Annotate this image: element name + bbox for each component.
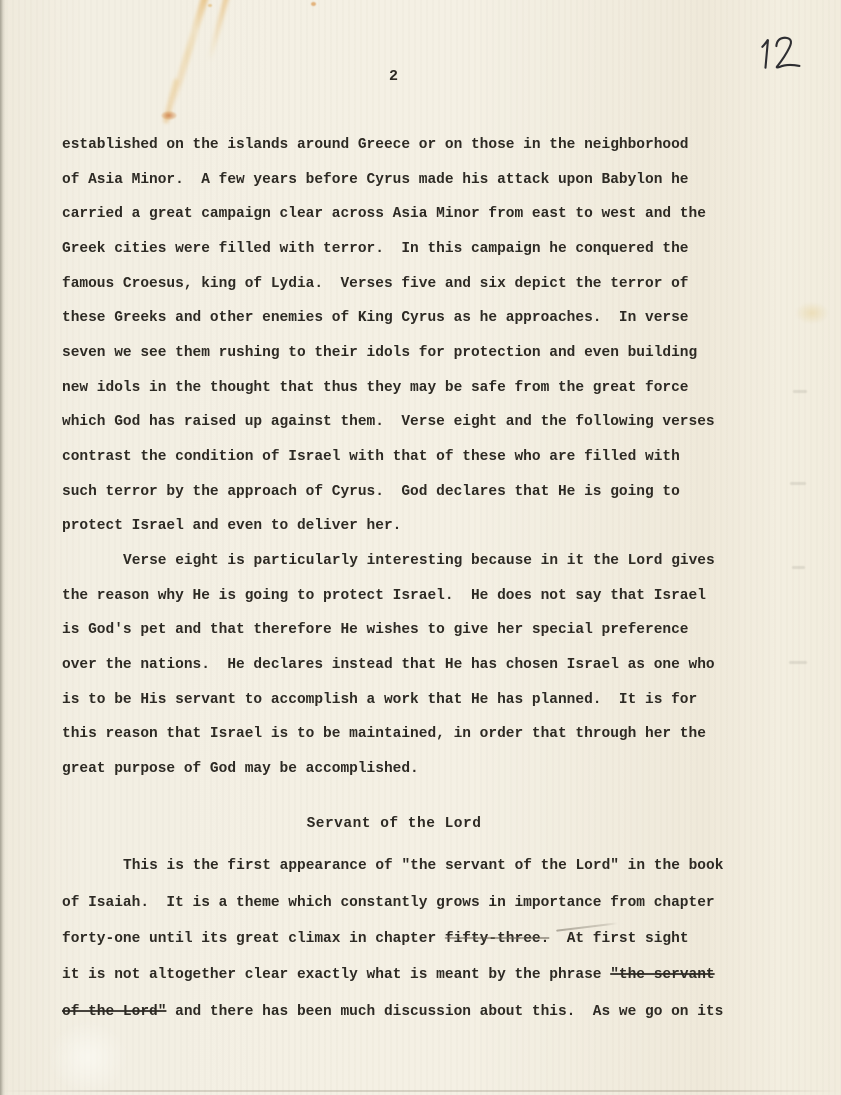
text-line: This is the first appearance of "the ser… xyxy=(62,848,762,884)
text-line: of the Lord" and there has been much dis… xyxy=(62,994,762,1030)
text-line: Greek cities were filled with terror. In… xyxy=(62,232,762,267)
section-heading: Servant of the Lord xyxy=(62,807,726,842)
paragraph: Verse eight is particularly interesting … xyxy=(62,544,762,787)
handwritten-12-strokes xyxy=(752,33,806,80)
text-segment: At first sight xyxy=(549,931,688,947)
stain-speck xyxy=(311,2,316,6)
stain-spot xyxy=(161,111,177,120)
text-line: Verse eight is particularly interesting … xyxy=(62,544,762,579)
stain-speck xyxy=(208,4,212,7)
struck-through-text: fifty-three. xyxy=(445,931,549,947)
text-line: these Greeks and other enemies of King C… xyxy=(62,301,762,336)
text-line: such terror by the approach of Cyrus. Go… xyxy=(62,475,762,510)
ink-bleed-mark xyxy=(789,661,807,664)
page-bottom-edge xyxy=(0,1090,841,1092)
text-line: protect Israel and even to deliver her. xyxy=(62,509,762,544)
handwritten-page-number xyxy=(752,33,806,85)
page-left-edge-shadow xyxy=(0,0,6,1095)
text-line: which God has raised up against them. Ve… xyxy=(62,405,762,440)
stain-streak xyxy=(207,0,230,61)
text-line: is God's pet and that therefore He wishe… xyxy=(62,613,762,648)
ink-bleed-mark xyxy=(790,482,806,485)
document-body: established on the islands around Greece… xyxy=(62,128,762,1030)
text-line: it is not altogether clear exactly what … xyxy=(62,957,762,993)
text-line: contrast the condition of Israel with th… xyxy=(62,440,762,475)
text-line: seven we see them rushing to their idols… xyxy=(62,336,762,371)
text-segment: and there has been much discussion about… xyxy=(166,1004,723,1020)
text-line: established on the islands around Greece… xyxy=(62,128,762,163)
text-line: great purpose of God may be accomplished… xyxy=(62,752,762,787)
text-line: is to be His servant to accomplish a wor… xyxy=(62,683,762,718)
text-line: over the nations. He declares instead th… xyxy=(62,648,762,683)
text-line: of Isaiah. It is a theme which constantl… xyxy=(62,885,762,921)
paragraph: This is the first appearance of "the ser… xyxy=(62,848,762,1030)
text-line: the reason why He is going to protect Is… xyxy=(62,579,762,614)
struck-through-text: of the Lord" xyxy=(62,1004,166,1020)
scanned-document-page: 2 established on the islands around Gree… xyxy=(0,0,841,1095)
struck-through-text: "the servant xyxy=(610,967,714,983)
ink-bleed-mark xyxy=(792,566,805,569)
text-segment: it is not altogether clear exactly what … xyxy=(62,967,610,983)
text-line: famous Croesus, king of Lydia. Verses fi… xyxy=(62,267,762,302)
stain-spot xyxy=(795,302,829,324)
text-line: of Asia Minor. A few years before Cyrus … xyxy=(62,163,762,198)
paragraph: established on the islands around Greece… xyxy=(62,128,762,544)
paper-smudge xyxy=(48,1020,128,1095)
ink-bleed-mark xyxy=(793,390,807,393)
text-line: carried a great campaign clear across As… xyxy=(62,197,762,232)
text-line: forty-one until its great climax in chap… xyxy=(62,921,762,957)
text-line: this reason that Israel is to be maintai… xyxy=(62,717,762,752)
stain-streak xyxy=(169,0,211,106)
text-segment: forty-one until its great climax in chap… xyxy=(62,931,445,947)
page-number: 2 xyxy=(62,68,726,85)
text-line: new idols in the thought that thus they … xyxy=(62,371,762,406)
